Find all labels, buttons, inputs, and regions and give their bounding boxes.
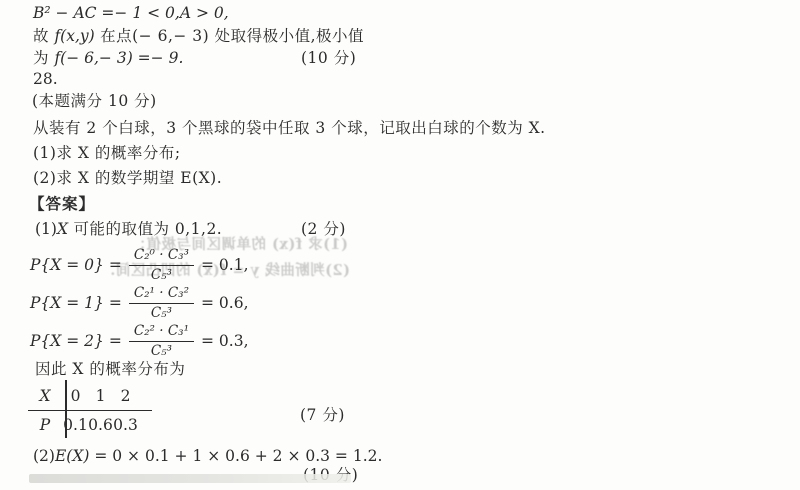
answer-header: 【答案】	[29, 194, 95, 213]
answer-step-2: (2)E(X) = 0 × 0.1 + 1 × 0.6 + 2 × 0.3 = …	[33, 447, 382, 466]
table-cells: 0.1 0.6 0.3	[63, 416, 138, 434]
fraction-denominator: C₅³	[151, 304, 172, 321]
fraction: C₂¹ · C₃² C₅³	[129, 286, 194, 321]
document-page: B² − AC =− 1 < 0,A > 0, 故 f(x,y) 在点(− 6,…	[0, 0, 800, 490]
prev-solution-line-2: 故 f(x,y) 在点(− 6,− 3) 处取得极小值,极小值	[33, 27, 364, 46]
answer-step-2-pre: (2)	[33, 447, 55, 465]
prev-solution-line-2-math: f(x,y)	[54, 27, 94, 45]
fraction-denominator: C₅³	[151, 342, 172, 359]
answer-step-2-post: = 0 × 0.1 + 1 × 0.6 + 2 × 0.3 = 1.2.	[89, 447, 382, 465]
table-cell: 2	[113, 387, 138, 405]
distribution-intro: 因此 X 的概率分布为	[35, 360, 185, 379]
formula-rhs: = 0.3,	[201, 332, 249, 350]
fraction-denominator: C₅³	[151, 266, 172, 283]
probability-formula-x0: P{X = 0} = C₂⁰ · C₃³ C₅³ = 0.1,	[30, 246, 249, 284]
table-row-x: X 0 1 2	[28, 382, 152, 410]
fraction-numerator: C₂² · C₃¹	[129, 324, 194, 342]
formula-rhs: = 0.6,	[201, 294, 249, 312]
table-cell: 0.3	[113, 416, 138, 434]
probability-formula-x1: P{X = 1} = C₂¹ · C₃² C₅³ = 0.6,	[30, 284, 249, 322]
table-header-p: P	[28, 416, 62, 434]
formula-lhs: P{X = 1} =	[30, 294, 122, 312]
scan-artifact-band	[29, 474, 351, 483]
distribution-table: X 0 1 2 P 0.1 0.6 0.3	[28, 382, 152, 439]
answer-step-1-math: X	[57, 220, 68, 238]
answer-step-2-math: E(X)	[55, 447, 89, 465]
fraction: C₂⁰ · C₃³ C₅³	[129, 248, 194, 283]
answer-step-1-pre: (1)	[35, 220, 57, 238]
problem-number: 28.	[33, 70, 58, 89]
table-header-x: X	[28, 387, 62, 405]
table-cell: 0.6	[88, 416, 113, 434]
formula-rhs: = 0.1,	[201, 256, 249, 274]
fraction-numerator: C₂¹ · C₃²	[129, 286, 194, 304]
fraction: C₂² · C₃¹ C₅³	[129, 324, 194, 359]
prev-solution-line-2-pre: 故	[33, 27, 54, 45]
prev-solution-line-3-math: f(− 6,− 3) =− 9.	[54, 49, 183, 67]
fraction-numerator: C₂⁰ · C₃³	[129, 248, 194, 266]
table-cells: 0 1 2	[63, 387, 138, 405]
score-label-prev: (10 分)	[301, 49, 356, 68]
table-divider-vertical	[65, 380, 67, 438]
prev-solution-line-3-pre: 为	[33, 49, 54, 67]
prev-solution-line-2-post: 在点(− 6,− 3) 处取得极小值,极小值	[95, 27, 364, 45]
formula-lhs: P{X = 2} =	[30, 332, 122, 350]
problem-full-marks: (本题满分 10 分)	[32, 92, 157, 111]
table-cell: 0	[63, 387, 88, 405]
prev-solution-line-3: 为 f(− 6,− 3) =− 9.	[33, 49, 183, 68]
problem-part-2: (2)求 X 的数学期望 E(X).	[33, 169, 222, 188]
prev-solution-line-1: B² − AC =− 1 < 0,A > 0,	[33, 4, 229, 23]
problem-statement: 从装有 2 个白球，3 个黑球的袋中任取 3 个球，记取出白球的个数为 X.	[33, 119, 546, 138]
table-cell: 1	[88, 387, 113, 405]
problem-part-1: (1)求 X 的概率分布;	[33, 144, 181, 163]
formula-lhs: P{X = 0} =	[30, 256, 122, 274]
table-row-p: P 0.1 0.6 0.3	[28, 411, 152, 439]
score-label-table: (7 分)	[300, 406, 345, 425]
probability-formula-x2: P{X = 2} = C₂² · C₃¹ C₅³ = 0.3,	[30, 322, 249, 360]
table-cell: 0.1	[63, 416, 88, 434]
